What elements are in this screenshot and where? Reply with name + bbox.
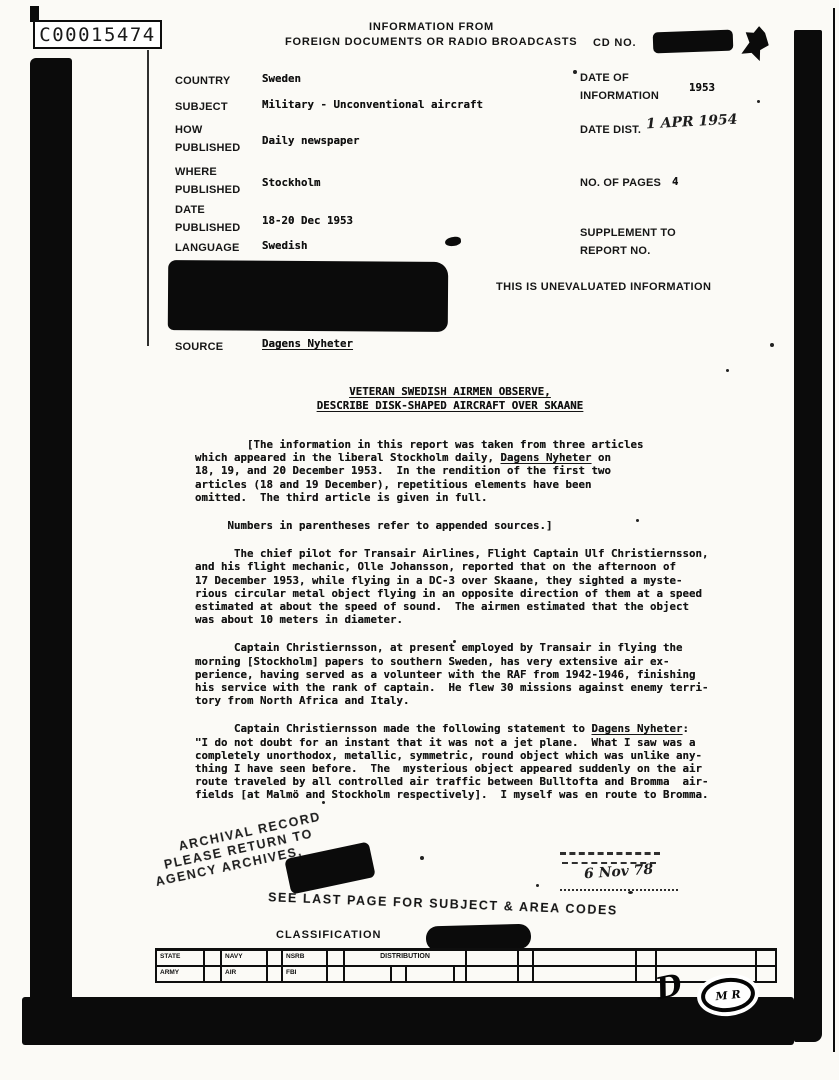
field-source-label: SOURCE — [175, 341, 223, 353]
fold-line — [147, 50, 149, 346]
dist-cell-empty — [455, 967, 467, 981]
dist-cell-empty — [757, 967, 775, 981]
paragraph-text: Captain Christiernsson, at present emplo… — [195, 641, 709, 707]
dist-cell-empty — [345, 967, 392, 981]
ink-blot-icon — [739, 23, 774, 62]
document-title-line2: DESCRIBE DISK-SHAPED AIRCRAFT OVER SKAAN… — [210, 399, 690, 413]
dist-cell-nsrb: NSRB — [283, 951, 328, 965]
field-subject-value: Military - Unconventional aircraft — [262, 98, 483, 111]
distribution-table-row: ARMYAIRFBI — [157, 967, 775, 981]
body-paragraph: Captain Christiernsson, at present emplo… — [195, 641, 725, 707]
declass-number: C00015474 — [39, 24, 155, 46]
underlined-text: Dagens Nyheter — [501, 451, 592, 464]
body-paragraph: The chief pilot for Transair Airlines, F… — [195, 547, 725, 626]
field-date-published: DATE PUBLISHED 18-20 Dec 1953 — [175, 200, 240, 236]
field-date-of-information-value: 1953 — [689, 81, 715, 94]
see-last-page-note: SEE LAST PAGE FOR SUBJECT & AREA CODES — [268, 890, 618, 917]
field-where-published-value: Stockholm — [262, 176, 321, 189]
ink-speck — [726, 369, 729, 372]
dist-cell-fbi: FBI — [283, 967, 328, 981]
ink-speck — [636, 519, 639, 522]
dist-cell-empty — [392, 967, 407, 981]
dist-cell-navy: NAVY — [222, 951, 268, 965]
dist-cell-empty — [205, 951, 222, 965]
field-date-of-information-label: DATE OF INFORMATION — [580, 72, 659, 102]
field-date-dist-label: DATE DIST. — [580, 124, 641, 136]
field-how-published-label: HOW PUBLISHED — [175, 124, 240, 154]
field-date-published-label: DATE PUBLISHED — [175, 204, 240, 234]
release-stamp-dots-1 — [560, 852, 660, 855]
dist-cell-empty — [407, 967, 455, 981]
dist-cell-empty — [757, 951, 775, 965]
field-country-value: Sweden — [262, 72, 301, 85]
field-language: LANGUAGE Swedish — [175, 238, 240, 256]
dist-cell-empty — [328, 951, 345, 965]
dist-cell-empty — [328, 967, 345, 981]
body-paragraph: [The information in this report was take… — [195, 438, 725, 504]
paragraph-text: Numbers in parentheses refer to appended… — [195, 519, 553, 532]
field-no-of-pages-label: NO. OF PAGES — [580, 177, 661, 189]
document-title-line1: VETERAN SWEDISH AIRMEN OBSERVE, — [210, 385, 690, 399]
document-page: C00015474 INFORMATION FROM FOREIGN DOCUM… — [0, 0, 839, 1080]
field-how-published-value: Daily newspaper — [262, 134, 360, 147]
declass-number-box: C00015474 — [33, 20, 162, 49]
dist-cell-empty — [205, 967, 222, 981]
paragraph-text: The chief pilot for Transair Airlines, F… — [195, 547, 709, 626]
field-source-value: Dagens Nyheter — [262, 337, 353, 350]
body-text: [The information in this report was take… — [195, 438, 725, 802]
field-date-dist: DATE DIST. 1 APR 1954 — [580, 120, 641, 138]
ink-speck — [453, 640, 456, 643]
dist-cell-empty — [467, 951, 519, 965]
ink-speck — [420, 856, 424, 860]
dist-cell-empty — [519, 951, 534, 965]
dist-cell-empty — [268, 967, 283, 981]
release-stamp-date: 6 Nov 78 — [584, 862, 654, 883]
body-paragraph: Numbers in parentheses refer to appended… — [195, 519, 725, 532]
distribution-table-row: STATENAVYNSRBDISTRIBUTION — [157, 951, 775, 967]
field-no-of-pages-value: 4 — [672, 175, 679, 188]
field-language-label: LANGUAGE — [175, 242, 240, 254]
right-border-bar — [794, 30, 822, 1042]
dist-cell-empty — [657, 951, 757, 965]
field-how-published: HOW PUBLISHED Daily newspaper — [175, 120, 240, 156]
ink-speck — [573, 70, 577, 74]
field-country: COUNTRY Sweden — [175, 71, 230, 89]
dist-cell-air: AIR — [222, 967, 268, 981]
left-border-bar — [30, 58, 72, 1006]
ink-speck — [536, 884, 539, 887]
field-source: SOURCE Dagens Nyheter — [175, 337, 223, 355]
field-supplement: SUPPLEMENT TO REPORT NO. — [580, 223, 676, 259]
classification-label: CLASSIFICATION — [276, 929, 381, 941]
ink-speck — [757, 100, 760, 103]
field-no-of-pages: NO. OF PAGES 4 — [580, 173, 661, 191]
ink-smudge — [445, 236, 462, 247]
ink-speck — [628, 891, 633, 894]
field-country-label: COUNTRY — [175, 75, 230, 87]
field-date-dist-value: 1 APR 1954 — [646, 112, 738, 133]
field-where-published-label: WHERE PUBLISHED — [175, 166, 240, 196]
dist-cell-state: STATE — [157, 951, 205, 965]
dist-cell-empty — [637, 951, 657, 965]
dist-cell-empty — [534, 967, 637, 981]
field-language-value: Swedish — [262, 239, 308, 252]
underlined-text: Dagens Nyheter — [592, 722, 683, 735]
dist-cell-distribution: DISTRIBUTION — [345, 951, 467, 965]
corner-circled-mark-text: M R — [715, 987, 741, 1003]
dist-cell-empty — [519, 967, 534, 981]
release-stamp-dots-3 — [560, 889, 678, 891]
field-date-published-value: 18-20 Dec 1953 — [262, 214, 353, 227]
distribution-table: STATENAVYNSRBDISTRIBUTIONARMYAIRFBI — [155, 948, 777, 983]
bottom-border-bar — [22, 997, 794, 1045]
field-where-published: WHERE PUBLISHED Stockholm — [175, 162, 240, 198]
document-title: VETERAN SWEDISH AIRMEN OBSERVE, DESCRIBE… — [210, 385, 690, 412]
dist-cell-army: ARMY — [157, 967, 205, 981]
dist-cell-empty — [534, 951, 637, 965]
field-subject: SUBJECT Military - Unconventional aircra… — [175, 97, 228, 115]
release-stamp: 6 Nov 78 — [560, 852, 680, 891]
field-date-of-information: DATE OF INFORMATION 1953 — [580, 68, 659, 104]
field-subject-label: SUBJECT — [175, 101, 228, 113]
field-supplement-label: SUPPLEMENT TO REPORT NO. — [580, 227, 676, 257]
body-paragraph: Captain Christiernsson made the followin… — [195, 722, 725, 801]
ink-speck — [770, 343, 774, 347]
header-line2: FOREIGN DOCUMENTS OR RADIO BROADCASTS — [285, 36, 577, 48]
right-edge-line — [833, 8, 835, 1052]
cd-no-label: CD NO. — [593, 37, 636, 49]
ink-speck — [322, 801, 325, 804]
dist-cell-empty — [467, 967, 519, 981]
unevaluated-notice: THIS IS UNEVALUATED INFORMATION — [496, 281, 711, 293]
paragraph-text: Captain Christiernsson made the followin… — [195, 722, 592, 735]
source-block-redaction — [168, 260, 448, 332]
header-line1: INFORMATION FROM — [369, 21, 494, 33]
dist-cell-empty — [268, 951, 283, 965]
cd-no-redaction — [653, 30, 734, 54]
